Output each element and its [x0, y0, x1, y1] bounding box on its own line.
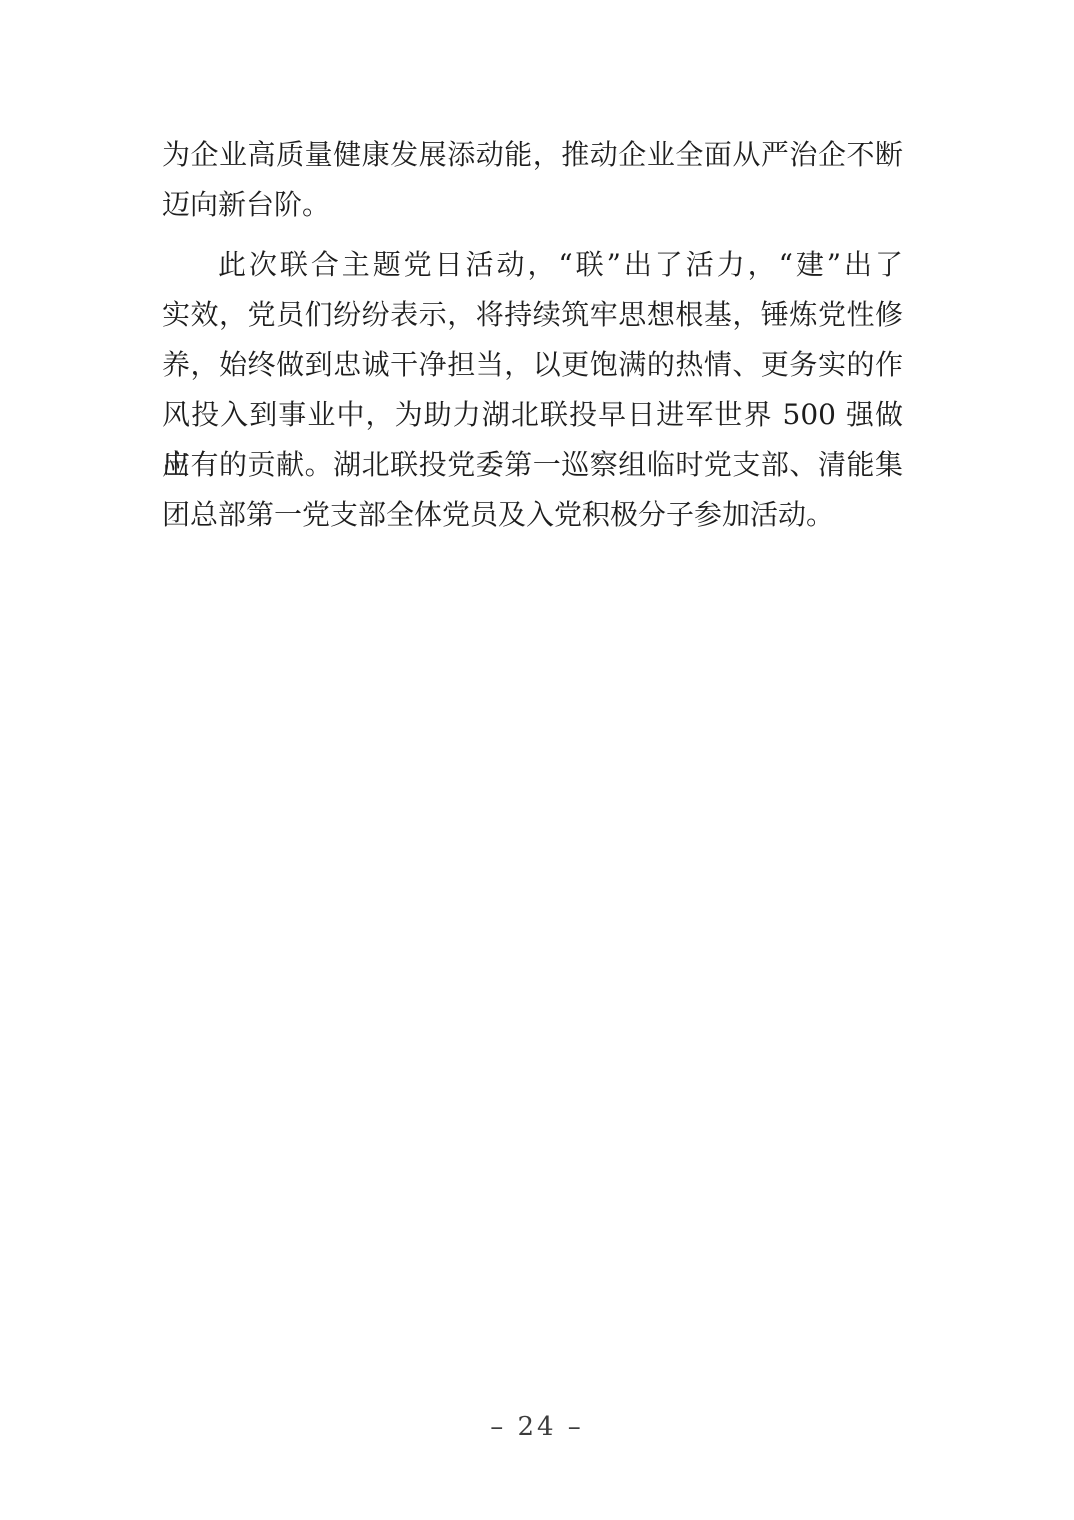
- text-line: 风投入到事业中，为助力湖北联投早日进军世界 500 强做出: [162, 390, 903, 440]
- text-line: 为企业高质量健康发展添动能，推动企业全面从严治企不断: [162, 130, 903, 180]
- text-line: 养，始终做到忠诚干净担当，以更饱满的热情、更务实的作: [162, 340, 903, 390]
- text-line: 团总部第一党支部全体党员及入党积极分子参加活动。: [162, 490, 903, 540]
- paragraph-1: 为企业高质量健康发展添动能，推动企业全面从严治企不断 迈向新台阶。: [162, 130, 903, 230]
- text-line: 实效，党员们纷纷表示，将持续筑牢思想根基，锤炼党性修: [162, 290, 903, 340]
- text-line: 此次联合主题党日活动，“联”出了活力，“建”出了: [162, 240, 903, 290]
- paragraph-2: 此次联合主题党日活动，“联”出了活力，“建”出了 实效，党员们纷纷表示，将持续筑…: [162, 240, 903, 540]
- text-line: 迈向新台阶。: [162, 180, 903, 230]
- body-text-block: 为企业高质量健康发展添动能，推动企业全面从严治企不断 迈向新台阶。 此次联合主题…: [162, 130, 903, 540]
- page-number: – 24 –: [0, 1402, 1074, 1452]
- text-line: 应有的贡献。湖北联投党委第一巡察组临时党支部、清能集: [162, 440, 903, 490]
- document-page: 为企业高质量健康发展添动能，推动企业全面从严治企不断 迈向新台阶。 此次联合主题…: [0, 0, 1074, 1520]
